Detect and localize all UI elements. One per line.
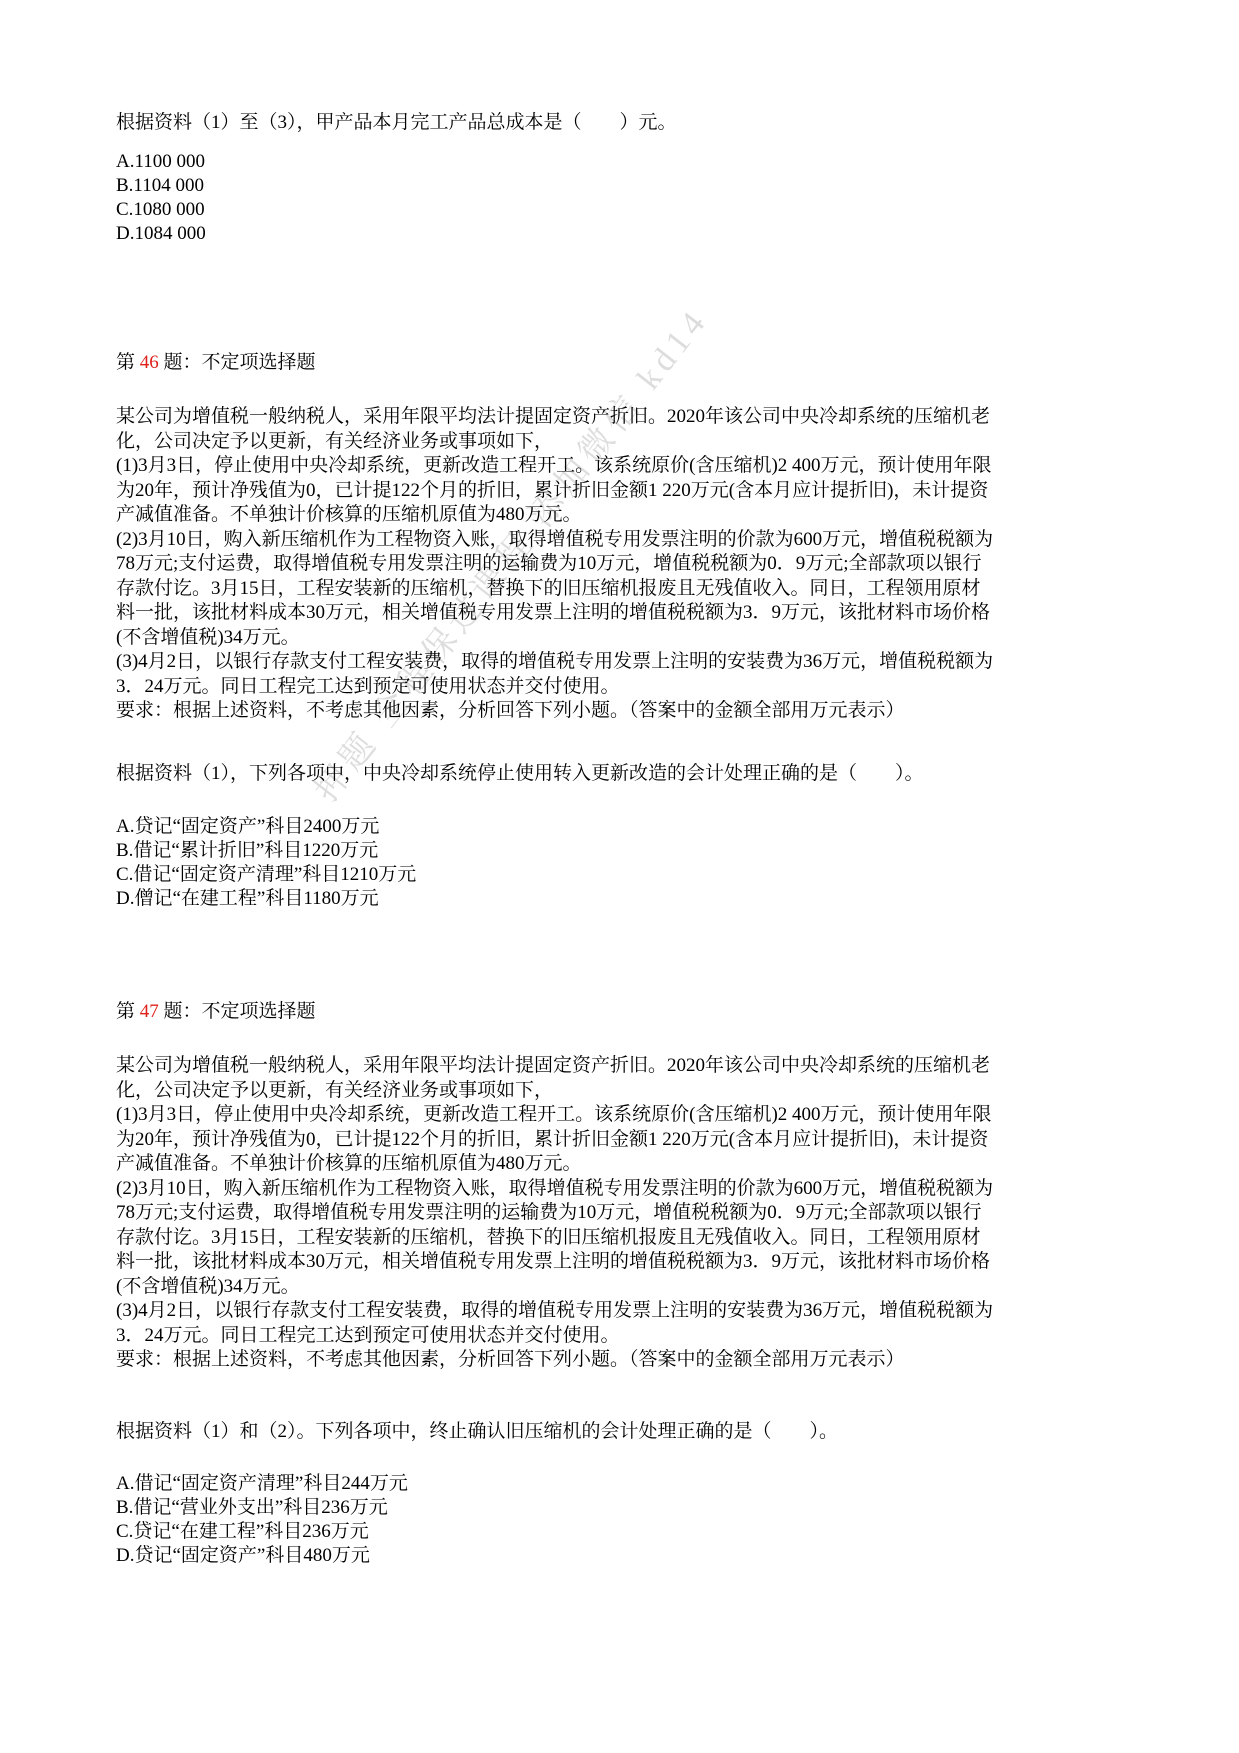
- material-line: (不含增值税)34万元。: [116, 626, 1126, 651]
- material-line: (3)4月2日，以银行存款支付工程安装费，取得的增值税专用发票上注明的安装费为3…: [116, 1299, 1126, 1324]
- material-line: 某公司为增值税一般纳税人，采用年限平均法计提固定资产折旧。2020年该公司中央冷…: [116, 1054, 1126, 1079]
- option-b: B.借记“累计折旧”科目1220万元: [116, 839, 416, 863]
- material-line: (2)3月10日，购入新压缩机作为工程物资入账，取得增值税专用发票注明的价款为6…: [116, 528, 1126, 553]
- material-line: 产减值准备。不单独计价核算的压缩机原值为480万元。: [116, 503, 1126, 528]
- material-line: (2)3月10日，购入新压缩机作为工程物资入账，取得增值税专用发票注明的价款为6…: [116, 1177, 1126, 1202]
- question-prefix: 第: [116, 352, 135, 373]
- option-a: A.贷记“固定资产”科目2400万元: [116, 815, 416, 839]
- material-line: 化，公司决定予以更新，有关经济业务或事项如下，: [116, 1079, 1126, 1104]
- material-line: 3．24万元。同日工程完工达到预定可使用状态并交付使用。: [116, 675, 1126, 700]
- option-c: C.借记“固定资产清理”科目1210万元: [116, 863, 416, 887]
- material-line: 化，公司决定予以更新，有关经济业务或事项如下，: [116, 430, 1126, 455]
- question-47-prompt: 根据资料（1）和（2）。下列各项中，终止确认旧压缩机的会计处理正确的是（ ）。: [116, 1420, 838, 1444]
- material-line: (3)4月2日，以银行存款支付工程安装费，取得的增值税专用发票上注明的安装费为3…: [116, 650, 1126, 675]
- material-line: 存款付讫。3月15日，工程安装新的压缩机，替换下的旧压缩机报废且无残值收入。同日…: [116, 577, 1126, 602]
- option-d: D.贷记“固定资产”科目480万元: [116, 1544, 408, 1568]
- material-line: 料一批，该批材料成本30万元，相关增值税专用发票上注明的增值税税额为3．9万元，…: [116, 1250, 1126, 1275]
- question-47-heading: 第 47 题：不定项选择题: [116, 1000, 316, 1024]
- option-b: B.1104 000: [116, 174, 206, 198]
- question-46-material: 某公司为增值税一般纳税人，采用年限平均法计提固定资产折旧。2020年该公司中央冷…: [116, 405, 1126, 724]
- material-line: 某公司为增值税一般纳税人，采用年限平均法计提固定资产折旧。2020年该公司中央冷…: [116, 405, 1126, 430]
- material-line: 为20年，预计净残值为0，已计提122个月的折旧，累计折旧金额1 220万元(含…: [116, 1128, 1126, 1153]
- material-line: 存款付讫。3月15日，工程安装新的压缩机，替换下的旧压缩机报废且无残值收入。同日…: [116, 1226, 1126, 1251]
- question-46-prompt: 根据资料（1），下列各项中，中央冷却系统停止使用转入更新改造的会计处理正确的是（…: [116, 762, 924, 786]
- question-number: 46: [140, 352, 159, 373]
- question-46-heading: 第 46 题：不定项选择题: [116, 351, 316, 375]
- option-a: A.借记“固定资产清理”科目244万元: [116, 1472, 408, 1496]
- question-46-options: A.贷记“固定资产”科目2400万元 B.借记“累计折旧”科目1220万元 C.…: [116, 815, 416, 911]
- material-line: 3．24万元。同日工程完工达到预定可使用状态并交付使用。: [116, 1324, 1126, 1349]
- material-line: 要求：根据上述资料，不考虑其他因素，分析回答下列小题。（答案中的金额全部用万元表…: [116, 699, 1126, 724]
- material-line: 为20年，预计净残值为0，已计提122个月的折旧，累计折旧金额1 220万元(含…: [116, 479, 1126, 504]
- option-c: C.1080 000: [116, 198, 206, 222]
- material-line: 78万元;支付运费，取得增值税专用发票注明的运输费为10万元，增值税税额为0．9…: [116, 1201, 1126, 1226]
- material-line: 产减值准备。不单独计价核算的压缩机原值为480万元。: [116, 1152, 1126, 1177]
- question-type: 题：不定项选择题: [164, 352, 316, 373]
- question-45-prompt: 根据资料（1）至（3），甲产品本月完工产品总成本是（ ）元。: [116, 111, 677, 135]
- material-line: (1)3月3日，停止使用中央冷却系统，更新改造工程开工。该系统原价(含压缩机)2…: [116, 454, 1126, 479]
- material-line: 78万元;支付运费，取得增值税专用发票注明的运输费为10万元，增值税税额为0．9…: [116, 552, 1126, 577]
- question-prefix: 第: [116, 1001, 135, 1022]
- option-a: A.1100 000: [116, 150, 206, 174]
- question-47-material: 某公司为增值税一般纳税人，采用年限平均法计提固定资产折旧。2020年该公司中央冷…: [116, 1054, 1126, 1373]
- material-line: (不含增值税)34万元。: [116, 1275, 1126, 1300]
- option-c: C.贷记“在建工程”科目236万元: [116, 1520, 408, 1544]
- option-d: D.1084 000: [116, 222, 206, 246]
- question-type: 题：不定项选择题: [164, 1001, 316, 1022]
- question-45-options: A.1100 000 B.1104 000 C.1080 000 D.1084 …: [116, 150, 206, 246]
- material-line: (1)3月3日，停止使用中央冷却系统，更新改造工程开工。该系统原价(含压缩机)2…: [116, 1103, 1126, 1128]
- option-b: B.借记“营业外支出”科目236万元: [116, 1496, 408, 1520]
- question-number: 47: [140, 1001, 159, 1022]
- material-line: 要求：根据上述资料，不考虑其他因素，分析回答下列小题。（答案中的金额全部用万元表…: [116, 1348, 1126, 1373]
- option-d: D.僧记“在建工程”科目1180万元: [116, 887, 416, 911]
- question-47-options: A.借记“固定资产清理”科目244万元 B.借记“营业外支出”科目236万元 C…: [116, 1472, 408, 1568]
- material-line: 料一批，该批材料成本30万元，相关增值税专用发票上注明的增值税税额为3．9万元，…: [116, 601, 1126, 626]
